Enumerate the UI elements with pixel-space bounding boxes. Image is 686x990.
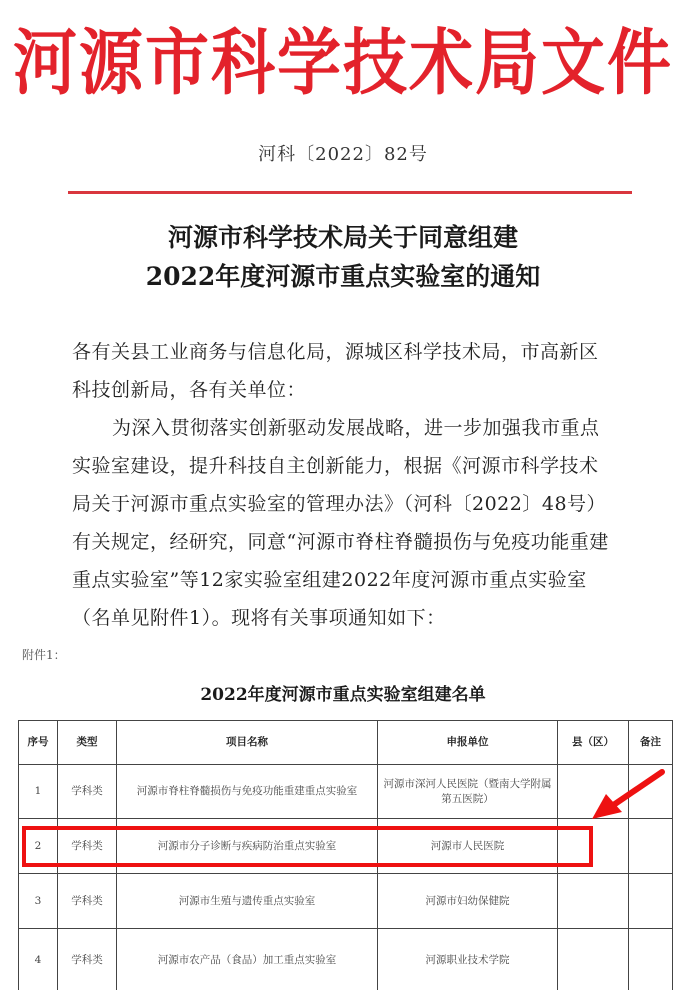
red-arrow-icon — [590, 766, 670, 826]
notice-title-line1: 河源市科学技术局关于同意组建 — [0, 218, 686, 254]
cell-county — [558, 929, 629, 990]
cell-type: 学科类 — [58, 765, 117, 819]
masthead-title: 河源市科学技术局文件 — [0, 8, 686, 120]
highlight-box — [22, 826, 593, 867]
cell-note — [629, 874, 673, 929]
cell-no: 1 — [19, 765, 58, 819]
notice-title-line2: 2022年度河源市重点实验室的通知 — [0, 257, 686, 293]
table-row: 4 学科类 河源市农产品（食品）加工重点实验室 河源职业技术学院 — [19, 929, 673, 990]
col-header-note: 备注 — [629, 721, 673, 765]
table-row: 1 学科类 河源市脊柱脊髓损伤与免疫功能重建重点实验室 河源市深河人民医院（暨南… — [19, 765, 673, 819]
col-header-county: 县（区） — [558, 721, 629, 765]
col-header-name: 项目名称 — [117, 721, 378, 765]
col-header-type: 类型 — [58, 721, 117, 765]
cell-unit: 河源市深河人民医院（暨南大学附属第五医院） — [378, 765, 558, 819]
list-title: 2022年度河源市重点实验室组建名单 — [0, 680, 686, 705]
cell-unit: 河源职业技术学院 — [378, 929, 558, 990]
cell-no: 4 — [19, 929, 58, 990]
cell-name: 河源市农产品（食品）加工重点实验室 — [117, 929, 378, 990]
cell-no: 3 — [19, 874, 58, 929]
red-divider — [68, 191, 632, 194]
table-header-row: 序号 类型 项目名称 申报单位 县（区） 备注 — [19, 721, 673, 765]
cell-unit: 河源市妇幼保健院 — [378, 874, 558, 929]
body-paragraph: 为深入贯彻落实创新驱动发展战略，进一步加强我市重点实验室建设，提升科技自主创新能… — [72, 409, 612, 637]
salutation: 各有关县工业商务与信息化局，源城区科学技术局，市高新区科技创新局，各有关单位： — [72, 333, 612, 409]
cell-name: 河源市脊柱脊髓损伤与免疫功能重建重点实验室 — [117, 765, 378, 819]
cell-type: 学科类 — [58, 874, 117, 929]
document-number: 河科〔2022〕82号 — [0, 140, 686, 166]
col-header-no: 序号 — [19, 721, 58, 765]
col-header-unit: 申报单位 — [378, 721, 558, 765]
attachment-label: 附件1： — [22, 646, 66, 663]
cell-name: 河源市生殖与遗传重点实验室 — [117, 874, 378, 929]
table-row: 3 学科类 河源市生殖与遗传重点实验室 河源市妇幼保健院 — [19, 874, 673, 929]
cell-note — [629, 929, 673, 990]
cell-type: 学科类 — [58, 929, 117, 990]
cell-county — [558, 874, 629, 929]
cell-note — [629, 819, 673, 874]
